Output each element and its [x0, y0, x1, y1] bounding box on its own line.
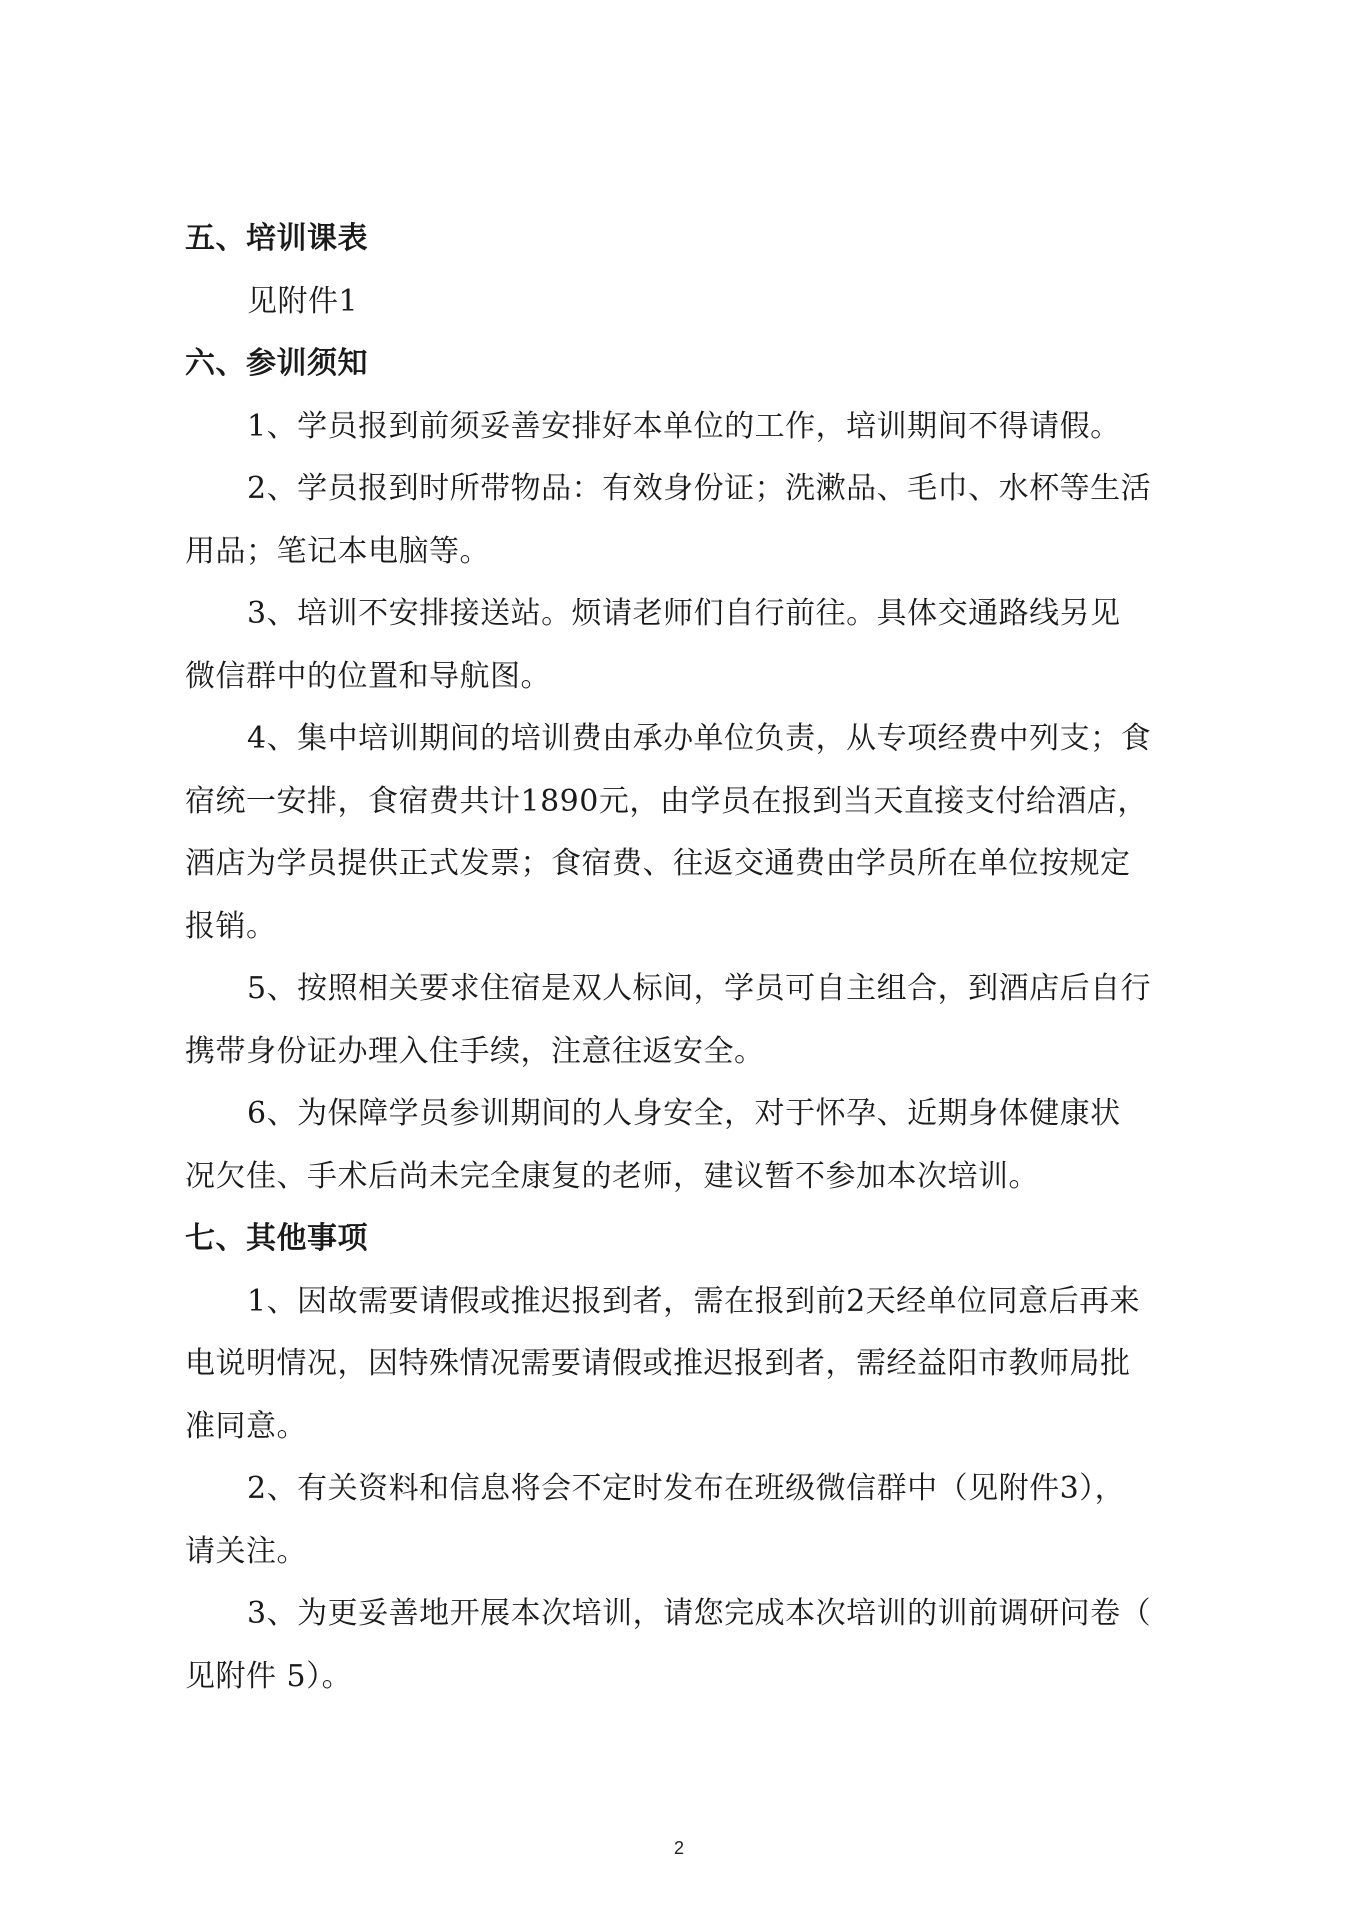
paragraph-line: 电说明情况，因特殊情况需要请假或推迟报到者，需经益阳市教师局批 [185, 1333, 1185, 1396]
section-heading-schedule: 五、培训课表 [185, 208, 1185, 271]
paragraph-line: 请关注。 [185, 1521, 1185, 1584]
paragraph-line: 见附件1 [185, 271, 1185, 334]
paragraph-line: 况欠佳、手术后尚未完全康复的老师，建议暂不参加本次培训。 [185, 1146, 1185, 1209]
paragraph-line: 微信群中的位置和导航图。 [185, 646, 1185, 709]
paragraph-line: 6、为保障学员参训期间的人身安全，对于怀孕、近期身体健康状 [185, 1083, 1185, 1146]
paragraph-line: 1、因故需要请假或推迟报到者，需在报到前2天经单位同意后再来 [185, 1271, 1185, 1334]
document-body: 五、培训课表 见附件1 六、参训须知 1、学员报到前须妥善安排好本单位的工作，培… [185, 208, 1185, 1708]
page-number: 2 [0, 1838, 1358, 1859]
paragraph-line: 1、学员报到前须妥善安排好本单位的工作，培训期间不得请假。 [185, 396, 1185, 459]
paragraph-line: 3、为更妥善地开展本次培训，请您完成本次培训的训前调研问卷（ [185, 1583, 1185, 1646]
paragraph-line: 宿统一安排，食宿费共计1890元，由学员在报到当天直接支付给酒店， [185, 771, 1185, 834]
paragraph-line: 2、有关资料和信息将会不定时发布在班级微信群中（见附件3）， [185, 1458, 1185, 1521]
paragraph-line: 报销。 [185, 896, 1185, 959]
paragraph-line: 2、学员报到时所带物品：有效身份证；洗漱品、毛巾、水杯等生活 [185, 458, 1185, 521]
paragraph-line: 准同意。 [185, 1396, 1185, 1459]
paragraph-line: 4、集中培训期间的培训费由承办单位负责，从专项经费中列支；食 [185, 708, 1185, 771]
section-heading-other: 七、其他事项 [185, 1208, 1185, 1271]
paragraph-line: 携带身份证办理入住手续，注意往返安全。 [185, 1021, 1185, 1084]
section-heading-notice: 六、参训须知 [185, 333, 1185, 396]
paragraph-line: 3、培训不安排接送站。烦请老师们自行前往。具体交通路线另见 [185, 583, 1185, 646]
paragraph-line: 5、按照相关要求住宿是双人标间，学员可自主组合，到酒店后自行 [185, 958, 1185, 1021]
paragraph-line: 见附件 5）。 [185, 1646, 1185, 1709]
paragraph-line: 酒店为学员提供正式发票；食宿费、往返交通费由学员所在单位按规定 [185, 833, 1185, 896]
paragraph-line: 用品；笔记本电脑等。 [185, 521, 1185, 584]
document-page: 五、培训课表 见附件1 六、参训须知 1、学员报到前须妥善安排好本单位的工作，培… [0, 0, 1358, 1920]
